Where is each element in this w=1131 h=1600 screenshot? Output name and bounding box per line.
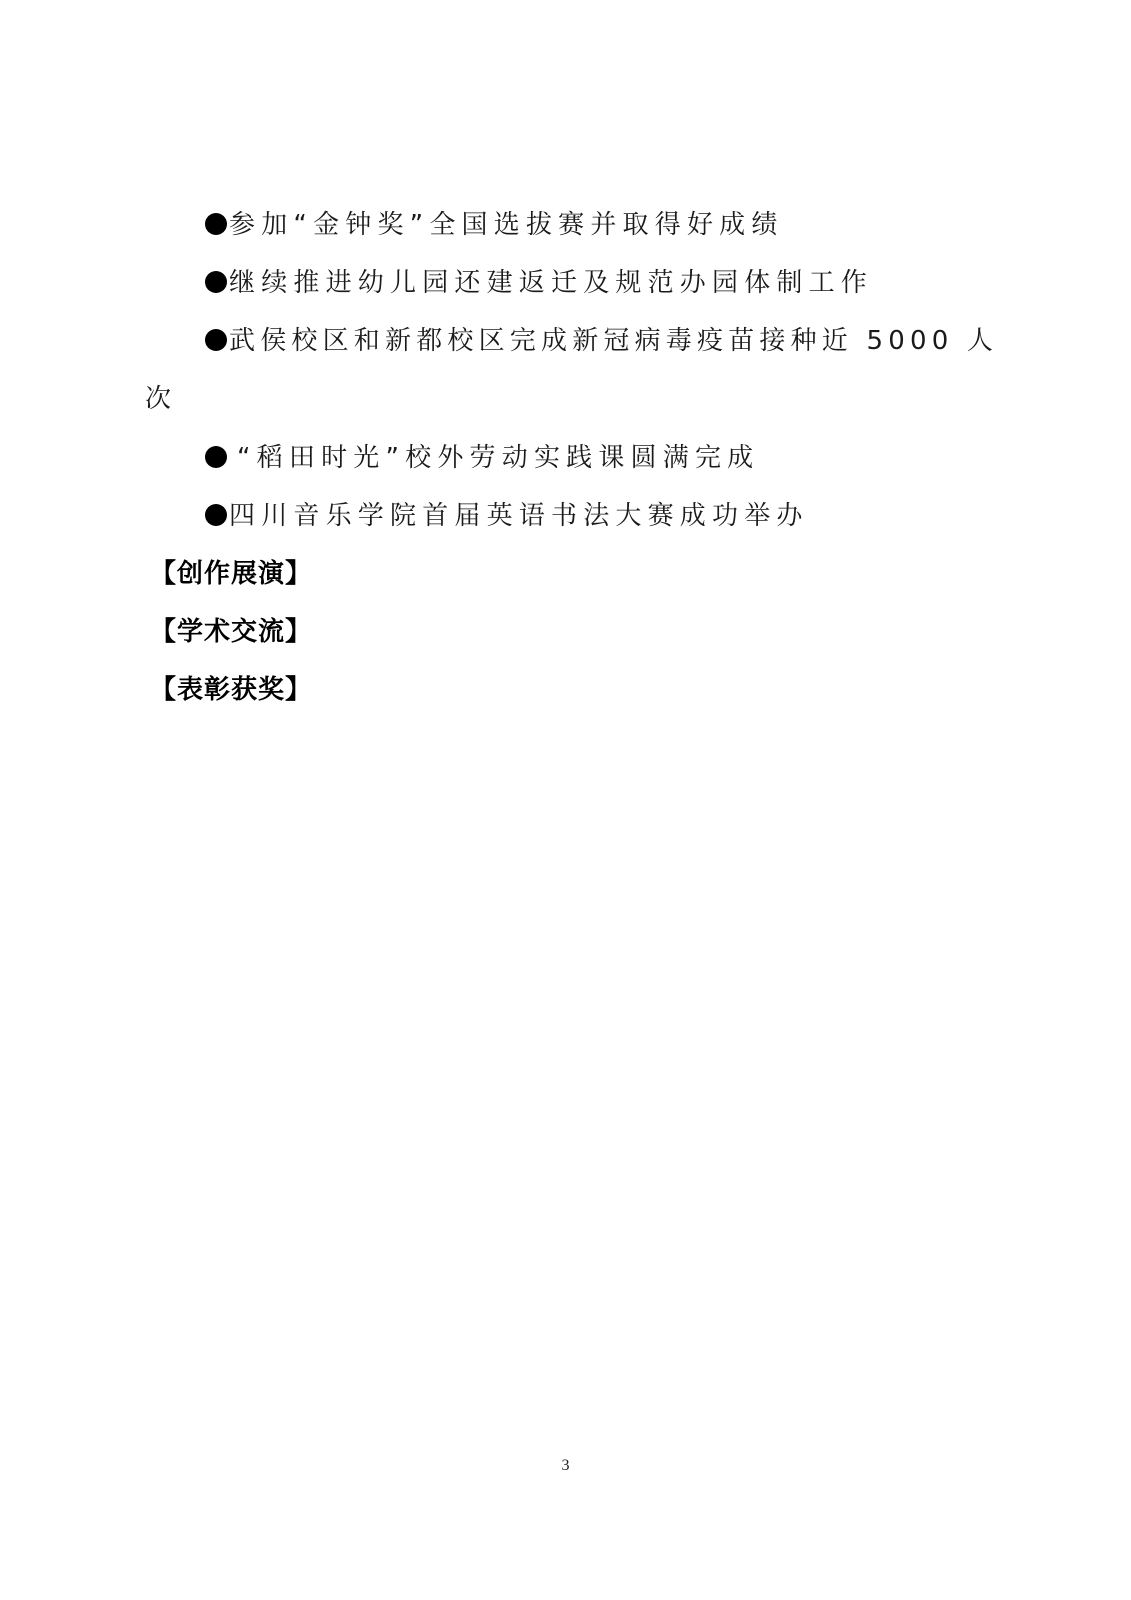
list-item-text: 参加“金钟奖”全国选拔赛并取得好成绩 xyxy=(229,210,784,240)
list-item-text: 武侯校区和新都校区完成新冠病毒疫苗接种近 5000 人 xyxy=(229,326,998,356)
bullet-icon xyxy=(205,504,227,526)
bullet-icon xyxy=(205,329,227,351)
bullet-icon xyxy=(205,213,227,235)
list-item-continuation: 次 xyxy=(145,384,177,414)
section-heading-creation-performance: 【创作展演】 xyxy=(150,559,312,589)
list-item: 武侯校区和新都校区完成新冠病毒疫苗接种近 5000 人 xyxy=(205,326,998,356)
list-item-text: 继续推进幼儿园还建返迁及规范办园体制工作 xyxy=(229,268,873,298)
document-page: 参加“金钟奖”全国选拔赛并取得好成绩 继续推进幼儿园还建返迁及规范办园体制工作 … xyxy=(0,0,1131,1600)
list-item: “稻田时光”校外劳动实践课圆满完成 xyxy=(205,443,759,473)
bullet-icon xyxy=(205,271,227,293)
list-item-text: 四川音乐学院首届英语书法大赛成功举办 xyxy=(229,501,809,531)
list-item: 参加“金钟奖”全国选拔赛并取得好成绩 xyxy=(205,210,784,240)
list-item: 四川音乐学院首届英语书法大赛成功举办 xyxy=(205,501,809,531)
section-heading-academic-exchange: 【学术交流】 xyxy=(150,617,312,647)
bullet-icon xyxy=(205,446,227,468)
page-number: 3 xyxy=(0,1457,1131,1475)
list-item: 继续推进幼儿园还建返迁及规范办园体制工作 xyxy=(205,268,873,298)
list-item-text: “稻田时光”校外劳动实践课圆满完成 xyxy=(237,443,759,473)
section-heading-awards: 【表彰获奖】 xyxy=(150,675,312,705)
